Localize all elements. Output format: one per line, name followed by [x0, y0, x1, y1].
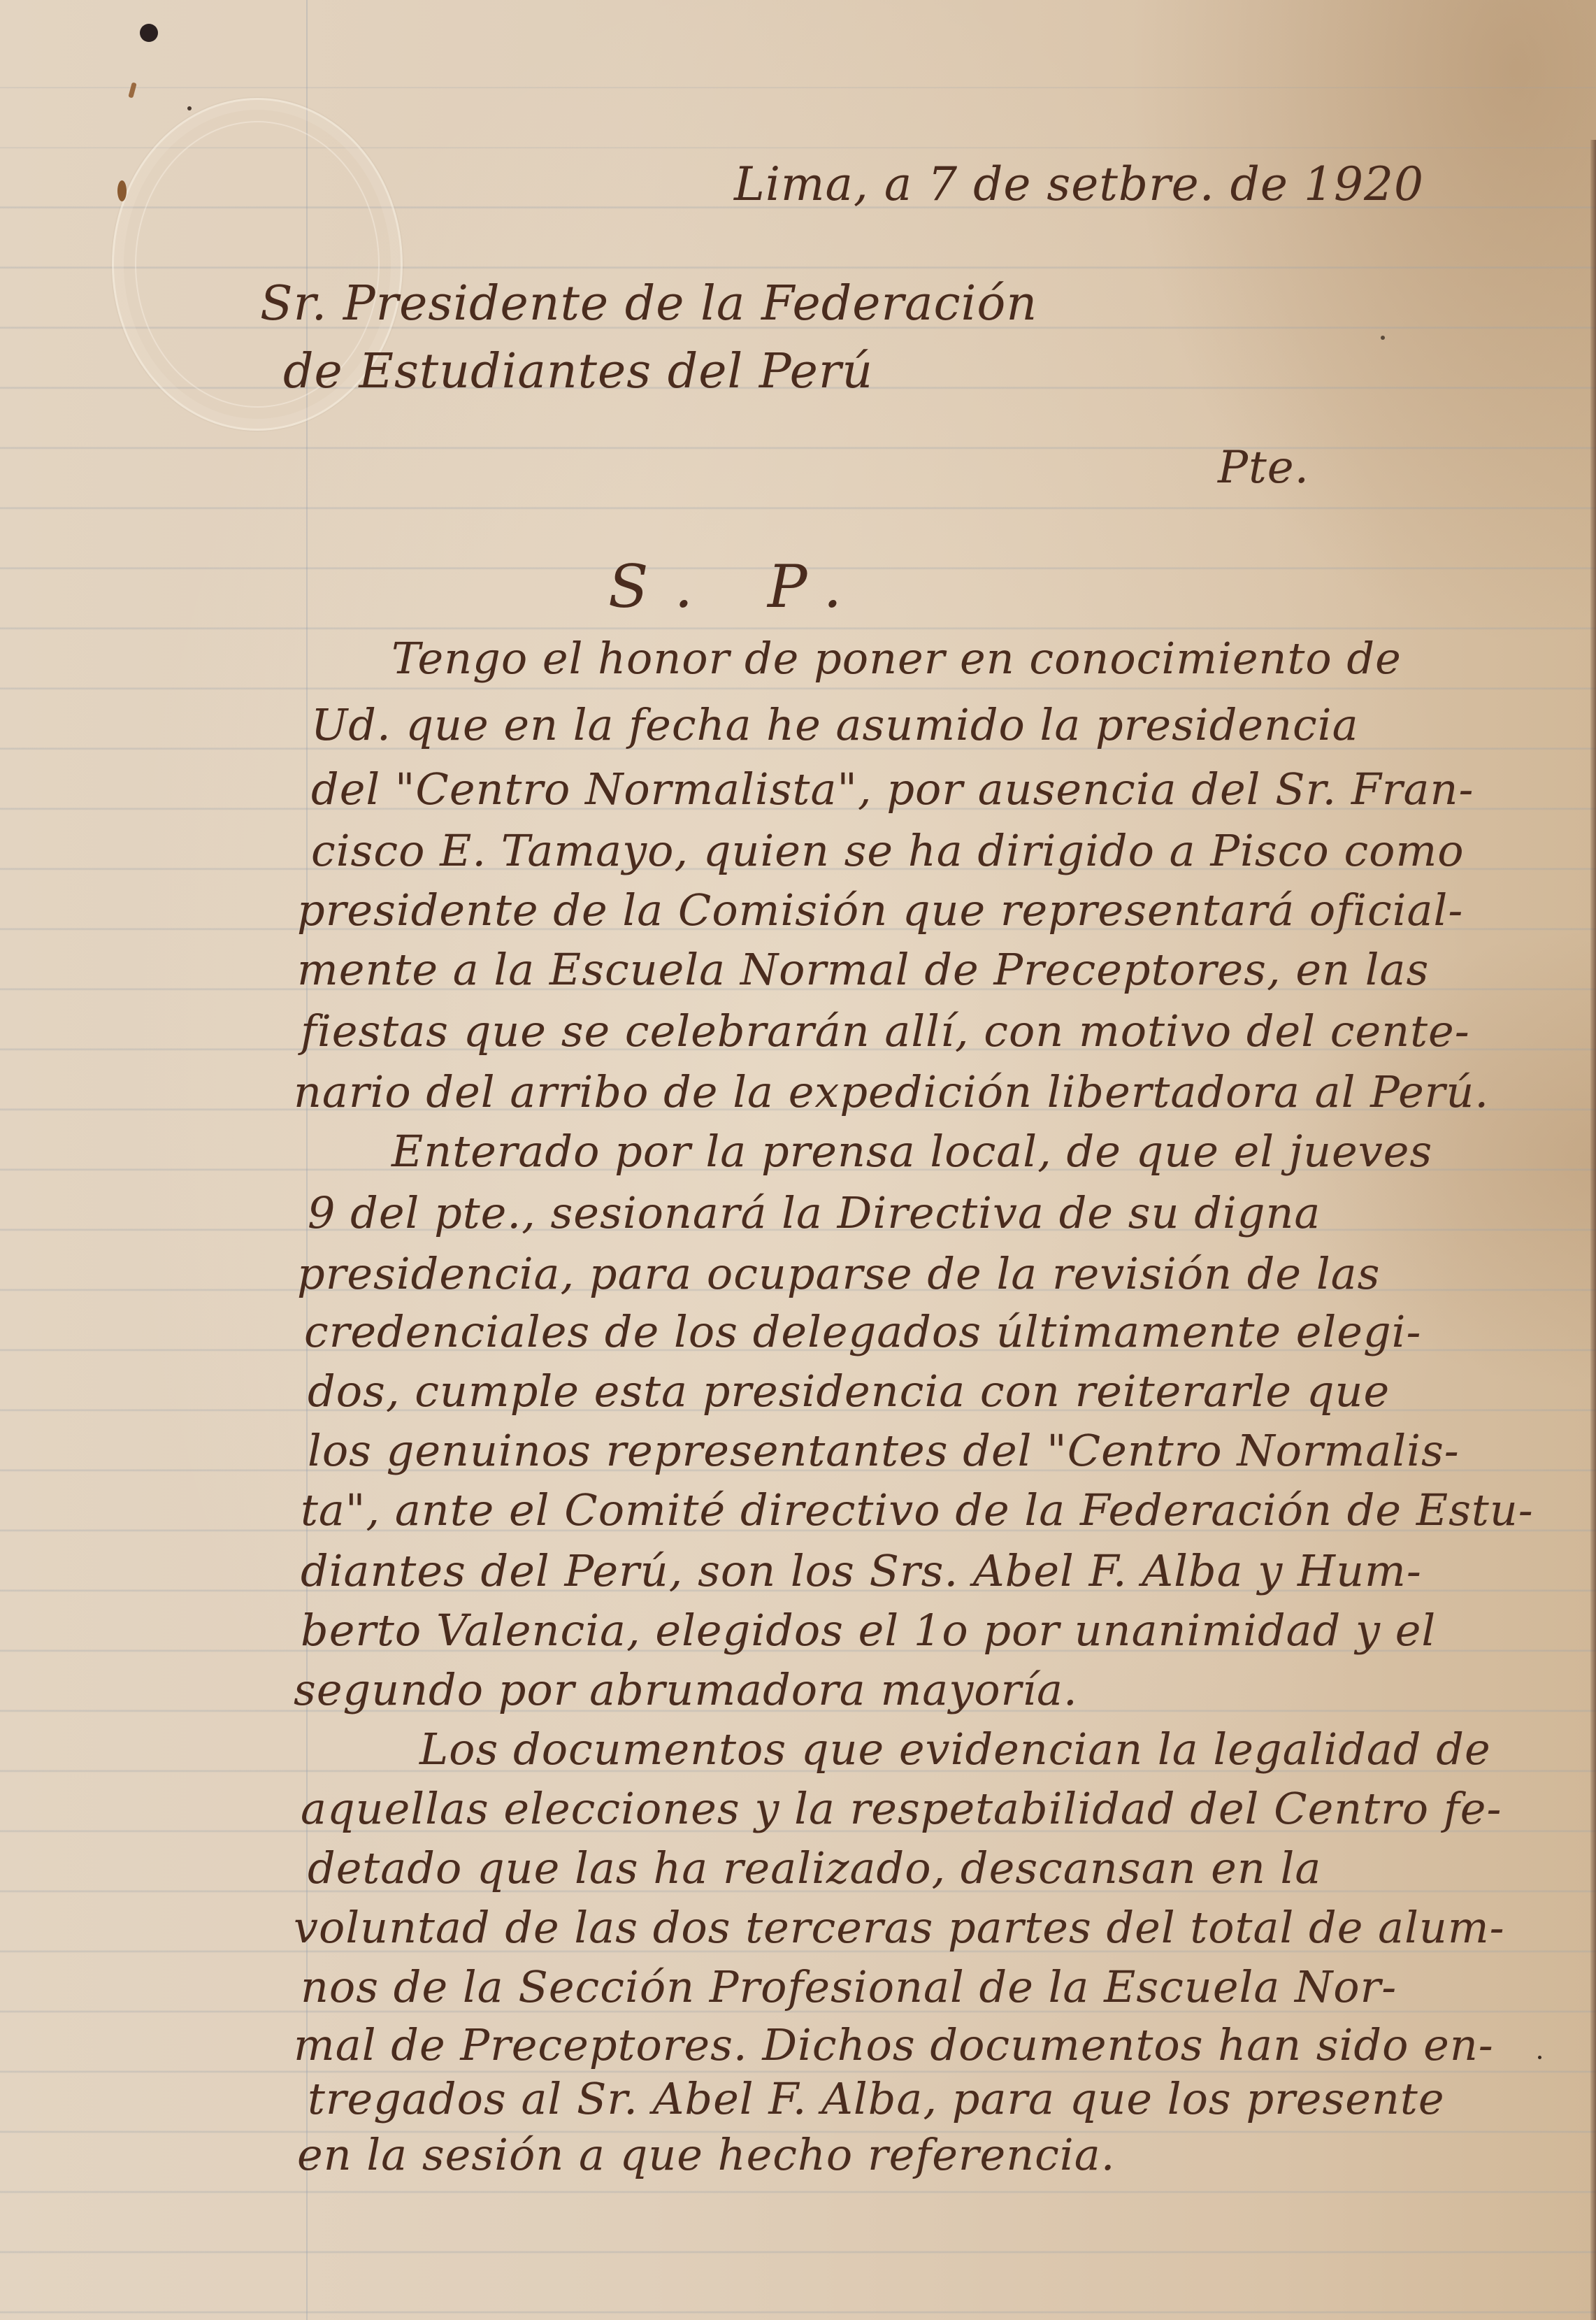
- date-line: Lima, a 7 de setbre. de 1920: [734, 157, 1424, 211]
- body-line: voluntad de las dos terceras partes del …: [294, 1902, 1505, 1953]
- ink-speck: [1538, 2056, 1541, 2059]
- body-line: detado que las ha realizado, descansan e…: [308, 1842, 1321, 1893]
- body-line: dos, cumple esta presidencia con reitera…: [308, 1366, 1390, 1417]
- paper-edge-shadow: [1590, 140, 1596, 2320]
- body-line: 9 del pte., sesionará la Directiva de su…: [308, 1187, 1321, 1238]
- body-line: nos de la Sección Profesional de la Escu…: [301, 1961, 1397, 2012]
- body-line: credenciales de los delegados últimament…: [304, 1306, 1421, 1357]
- addressee-line-2: de Estudiantes del Perú: [283, 344, 873, 399]
- body-line: segundo por abrumadora mayoría.: [294, 1664, 1078, 1715]
- body-line: berto Valencia, elegidos el 1o por unani…: [301, 1605, 1436, 1656]
- body-line: Los documentos que evidencian la legalid…: [419, 1724, 1491, 1775]
- body-line: diantes del Perú, son los Srs. Abel F. A…: [301, 1545, 1422, 1596]
- addressee-line-1: Sr. Presidente de la Federación: [260, 276, 1037, 331]
- body-line: presidente de la Comisión que representa…: [297, 885, 1463, 936]
- ink-speck: [187, 106, 192, 110]
- body-line: Tengo el honor de poner en conocimiento …: [391, 633, 1402, 684]
- letter-page: Lima, a 7 de setbre. de 1920 Sr. Preside…: [0, 0, 1596, 2320]
- body-line: cisco E. Tamayo, quien se ha dirigido a …: [311, 825, 1465, 876]
- body-line: los genuinos representantes del "Centro …: [308, 1425, 1460, 1476]
- salutation: S. P.: [608, 552, 870, 621]
- body-line: mal de Preceptores. Dichos documentos ha…: [294, 2019, 1494, 2070]
- rust-stain: [117, 180, 127, 201]
- ink-speck: [1381, 336, 1385, 340]
- body-line: Ud. que en la fecha he asumido la presid…: [311, 699, 1359, 750]
- body-line: tregados al Sr. Abel F. Alba, para que l…: [308, 2073, 1445, 2124]
- body-line: ta", ante el Comité directivo de la Fede…: [301, 1484, 1534, 1535]
- body-line: en la sesión a que hecho referencia.: [297, 2129, 1115, 2180]
- body-line: fiestas que se celebrarán allí, con moti…: [301, 1005, 1470, 1057]
- punch-hole-mark: [140, 24, 158, 42]
- addressee-city-abbrev: Pte.: [1218, 442, 1309, 494]
- body-line: presidencia, para ocuparse de la revisió…: [297, 1248, 1380, 1299]
- body-line: del "Centro Normalista", por ausencia de…: [311, 764, 1474, 815]
- body-line: aquellas elecciones y la respetabilidad …: [301, 1783, 1502, 1834]
- body-line: nario del arribo de la expedición libert…: [294, 1066, 1489, 1117]
- body-line: mente a la Escuela Normal de Preceptores…: [297, 944, 1429, 995]
- body-line: Enterado por la prensa local, de que el …: [391, 1126, 1432, 1177]
